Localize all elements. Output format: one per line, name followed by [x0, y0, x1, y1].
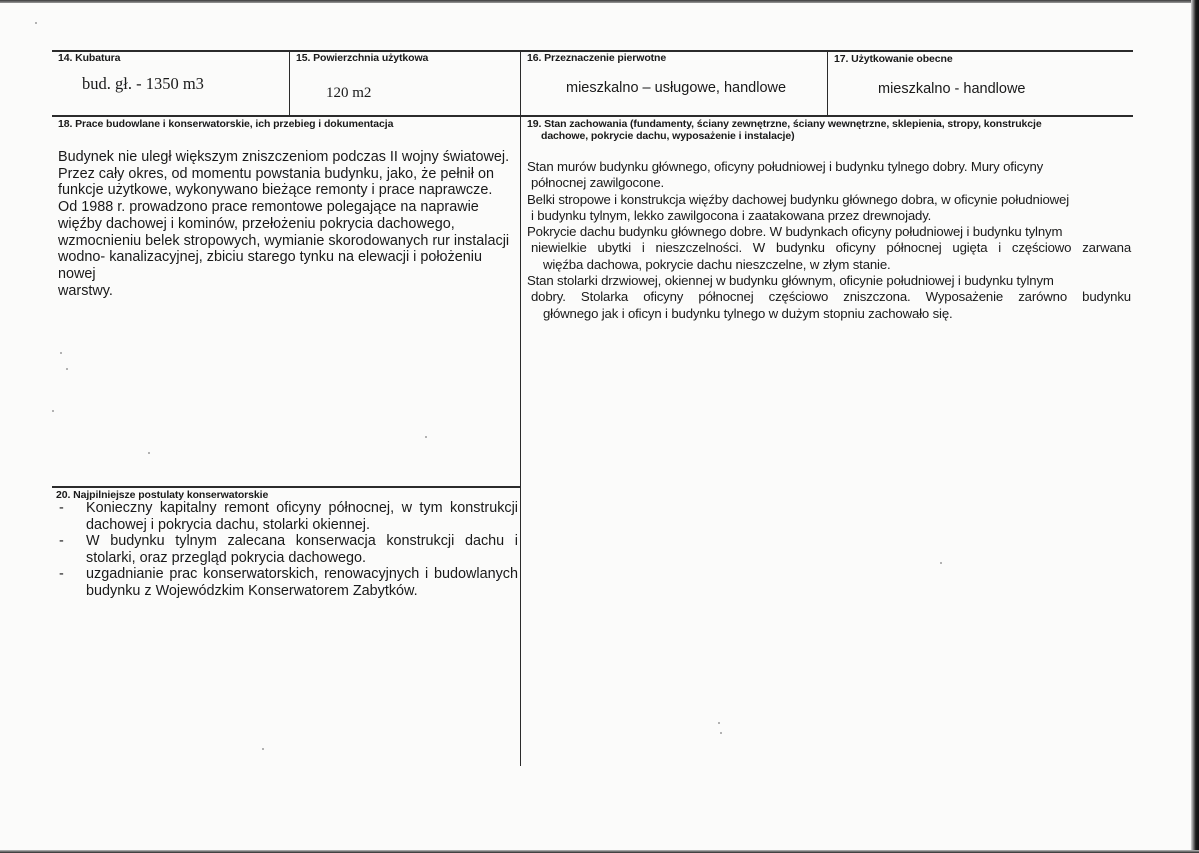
section-label-line-2: dachowe, pokrycie dachu, wyposażenie i i…: [541, 130, 795, 142]
scan-speck: [148, 452, 150, 454]
text-line: wzmocnieniu belek stropowych, wymianie s…: [58, 233, 520, 250]
scan-speck: [718, 722, 720, 724]
dash-bullet-icon: -: [59, 533, 64, 550]
divider-main-column: [520, 50, 521, 766]
list-item: - uzgadnianie prac konserwatorskich, ren…: [56, 566, 518, 599]
text-line: Belki stropowe i konstrukcja więźby dach…: [527, 192, 1131, 208]
dash-bullet-icon: -: [59, 566, 64, 583]
field-label: 14. Kubatura: [58, 52, 120, 64]
text-line: i budynku tylnym, lekko zawilgocona i za…: [527, 208, 1131, 224]
scan-edge-right: [1191, 0, 1199, 853]
text-line: Budynek nie uległ większym zniszczeniom …: [58, 149, 520, 166]
scan-edge-top: [0, 0, 1199, 3]
section-label: 18. Prace budowlane i konserwatorskie, i…: [58, 118, 393, 130]
field-value: bud. gł. - 1350 m3: [82, 74, 204, 94]
divider-16-17: [827, 50, 828, 116]
scan-speck: [66, 368, 68, 370]
text-line: Od 1988 r. prowadzono prace remontowe po…: [58, 199, 520, 216]
scan-speck: [262, 748, 264, 750]
rule-section-20: [52, 486, 521, 488]
postulates-list: - Konieczny kapitalny remont oficyny pół…: [56, 500, 518, 600]
field-label: 17. Użytkowanie obecne: [834, 53, 953, 65]
text-line: Pokrycie dachu budynku głównego dobre. W…: [527, 224, 1131, 240]
field-label: 15. Powierzchnia użytkowa: [296, 52, 428, 64]
scan-speck: [35, 22, 37, 24]
text-line: głównego jak i oficyn i budynku tylnego …: [527, 306, 1131, 322]
text-line: funkcje użytkowe, wykonywano bieżące rem…: [58, 182, 520, 199]
scan-speck: [720, 732, 722, 734]
list-item-text: uzgadnianie prac konserwatorskich, renow…: [86, 566, 518, 599]
section-body: Stan murów budynku głównego, oficyny poł…: [527, 159, 1131, 322]
field-value: mieszkalno – usługowe, handlowe: [566, 80, 786, 96]
text-line: Stan stolarki drzwiowej, okiennej w budy…: [527, 273, 1131, 289]
divider-14-15: [289, 50, 290, 116]
scan-speck: [940, 562, 942, 564]
text-line: niewielkie ubytki i nieszczelności. W bu…: [527, 240, 1131, 256]
scan-speck: [60, 352, 62, 354]
scan-speck: [52, 410, 54, 412]
text-line: dobry. Stolarka oficyny północnej części…: [527, 289, 1131, 305]
rule-below-top-row: [52, 115, 1133, 117]
text-line: wodno- kanalizacyjnej, zbiciu starego ty…: [58, 249, 520, 282]
section-label-line-1: 19. Stan zachowania (fundamenty, ściany …: [527, 118, 1042, 130]
list-item: - W budynku tylnym zalecana konserwacja …: [56, 533, 518, 566]
text-line: warstwy.: [58, 283, 520, 300]
list-item-text: W budynku tylnym zalecana konserwacja ko…: [86, 533, 518, 566]
dash-bullet-icon: -: [59, 500, 64, 517]
list-item: - Konieczny kapitalny remont oficyny pół…: [56, 500, 518, 533]
text-line: Stan murów budynku głównego, oficyny poł…: [527, 159, 1131, 175]
section-body: Budynek nie uległ większym zniszczeniom …: [58, 149, 520, 299]
list-item-text: Konieczny kapitalny remont oficyny półno…: [86, 500, 518, 533]
field-label: 16. Przeznaczenie pierwotne: [527, 52, 666, 64]
text-line: Przez cały okres, od momentu powstania b…: [58, 166, 520, 183]
field-value: mieszkalno - handlowe: [878, 81, 1026, 97]
text-line: więźby dachowej i kominów, przełożeniu p…: [58, 216, 520, 233]
text-line: więźba dachowa, pokrycie dachu nieszczel…: [527, 257, 1131, 273]
text-line: północnej zawilgocone.: [527, 175, 1131, 191]
field-value: 120 m2: [326, 85, 371, 102]
scan-speck: [425, 436, 427, 438]
